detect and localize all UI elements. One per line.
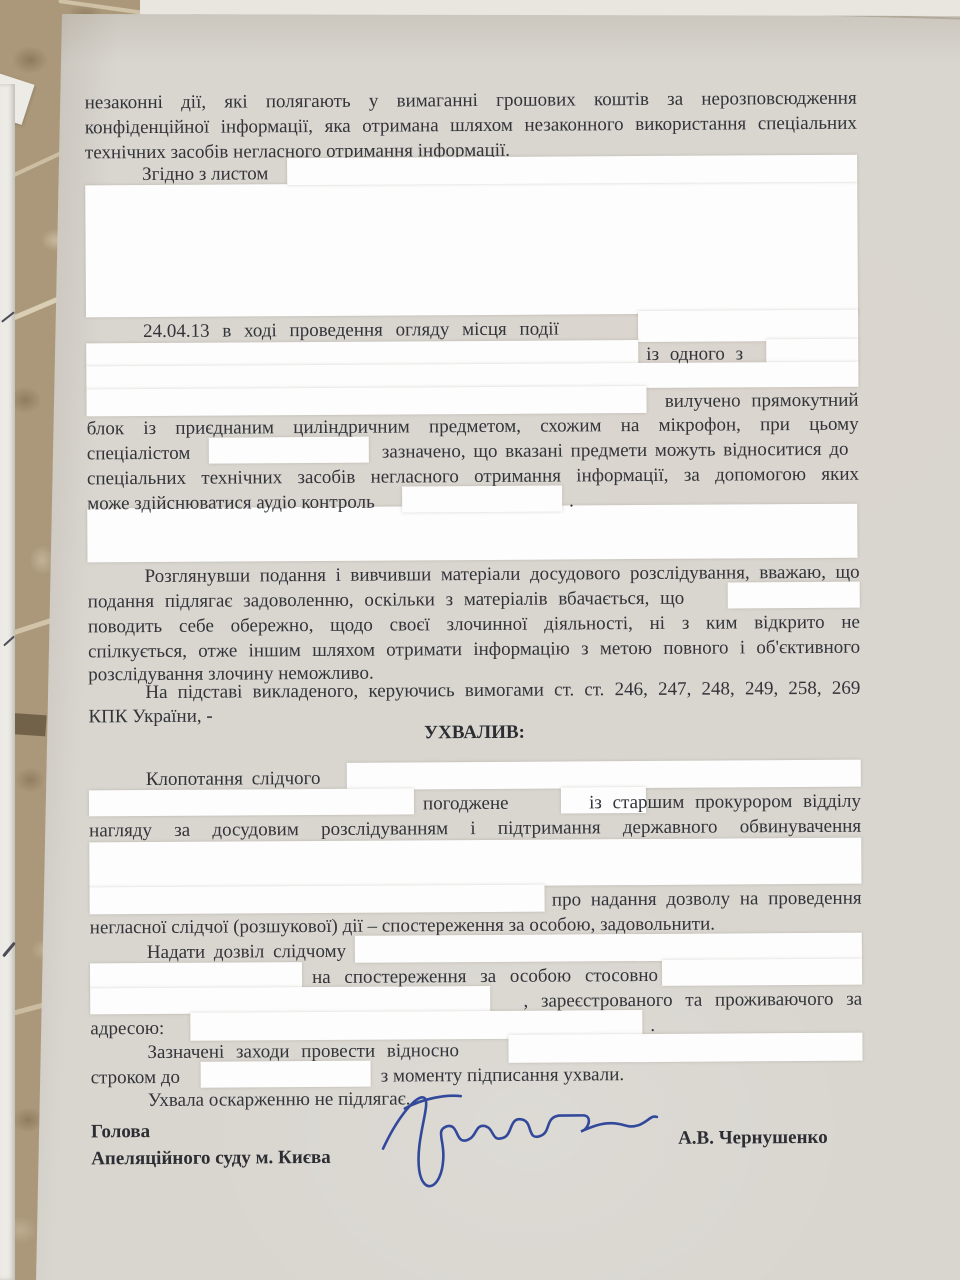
redaction-block bbox=[90, 962, 302, 989]
document-line: Ухвала оскарженню не підлягає. bbox=[91, 1084, 863, 1116]
document-text: УХВАЛИВ: bbox=[424, 722, 525, 744]
document-text: вилучено прямокутний bbox=[665, 388, 859, 414]
document-text: погоджене bbox=[423, 791, 509, 817]
redaction-block bbox=[728, 582, 860, 609]
underlying-paper-strip bbox=[0, 84, 15, 1280]
document-line: Згідно з листом bbox=[85, 158, 857, 190]
document-text: про надання дозволу на проведення bbox=[552, 886, 862, 913]
document-content: незаконні дії, які полягають у вимаганні… bbox=[0, 0, 960, 1280]
document-line: УХВАЛИВ: bbox=[88, 718, 860, 750]
document-text: 24.04.13 в ході проведення огляду місця … bbox=[143, 317, 559, 345]
document-text: А.В. Чернушенко bbox=[678, 1125, 828, 1151]
document-text: із старшим прокурором відділу bbox=[589, 789, 861, 816]
document-line: може здійснюватися аудіо контроль. bbox=[87, 487, 859, 519]
redaction-block bbox=[287, 155, 857, 185]
redaction-block bbox=[402, 486, 562, 513]
photo-scene: незаконні дії, які полягають у вимаганні… bbox=[0, 0, 960, 1280]
document-line: нагляду за досудовим розслідуванням і пі… bbox=[89, 814, 861, 846]
document-text: подання підлягає задоволенню, оскільки з… bbox=[88, 586, 685, 615]
redaction-block bbox=[201, 1061, 371, 1088]
redaction-block bbox=[89, 885, 544, 915]
document-paper: незаконні дії, які полягають у вимаганні… bbox=[0, 0, 960, 1280]
document-text: На підставі викладеного, керуючись вимог… bbox=[145, 678, 860, 703]
document-text: конфіденційної інформації, яка отримана … bbox=[85, 113, 857, 139]
redaction-block bbox=[347, 760, 861, 790]
document-line: із одного з bbox=[86, 341, 858, 373]
document-text: зазначено, що вказані предмети можуть ві… bbox=[382, 437, 849, 465]
document-text: спеціалістом bbox=[87, 441, 191, 467]
document-text: може здійснюватися аудіо контроль bbox=[87, 490, 375, 517]
document-text: блок із приєднаним циліндричним предмето… bbox=[87, 414, 859, 440]
redaction-block bbox=[662, 959, 862, 986]
redaction-block bbox=[89, 838, 861, 889]
document-text: нагляду за досудовим розслідуванням і пі… bbox=[89, 816, 861, 842]
document-text: Надати дозвіл слідчому bbox=[147, 939, 346, 965]
redaction-block bbox=[209, 437, 369, 464]
document-text: адресою: bbox=[90, 1016, 164, 1041]
document-text: поводить себе обережно, щодо своєї злочи… bbox=[88, 612, 860, 638]
document-text: із одного з bbox=[646, 341, 743, 367]
document-text: . bbox=[569, 488, 574, 513]
document-text: Клопотання слідчого bbox=[146, 766, 321, 792]
redaction-block bbox=[85, 181, 858, 318]
document-text: Згідно з листом bbox=[142, 161, 268, 187]
redaction-block bbox=[89, 788, 414, 816]
redaction-block bbox=[90, 986, 490, 1014]
document-text: Ухвала оскарженню не підлягає. bbox=[148, 1086, 411, 1113]
redaction-block bbox=[508, 1033, 862, 1063]
document-line: А.В. Чернушенко bbox=[91, 1125, 863, 1157]
document-text: строком до bbox=[91, 1065, 180, 1091]
document-text: незаконні дії, які полягають у вимаганні… bbox=[85, 88, 857, 114]
